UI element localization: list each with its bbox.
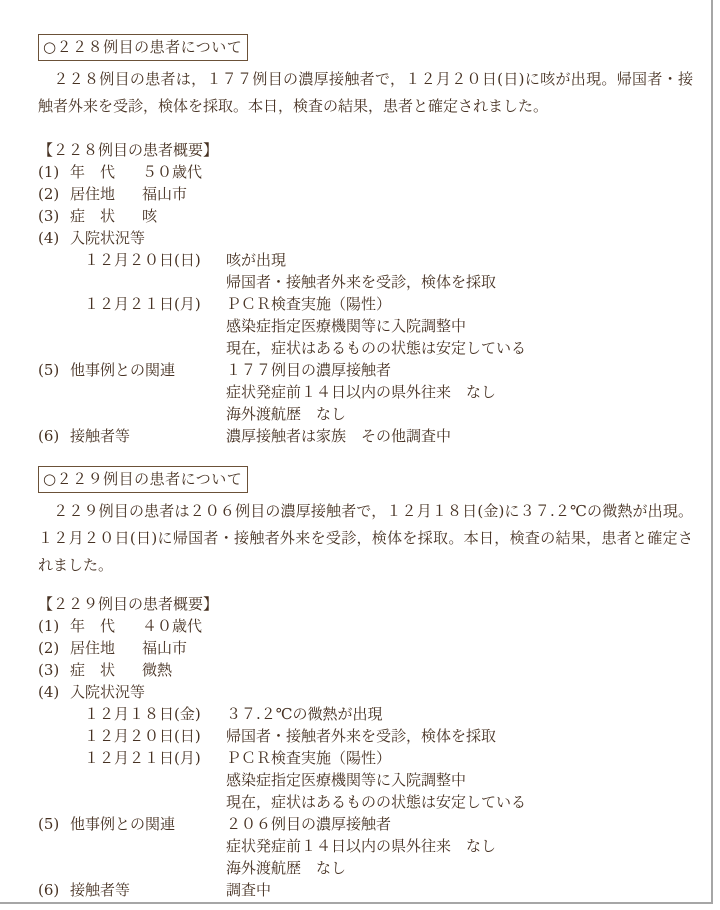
relation-text: ２０６例目の濃厚接触者 [226,813,693,835]
hospitalization-text: 感染症指定医療機関等に入院調整中 [226,315,693,337]
relation-row: 海外渡航歴 なし [38,403,693,425]
page-edge-right [711,0,713,904]
field-number: (1) [38,161,70,183]
page-edge-bottom [0,902,713,904]
hospitalization-row: １２月２１日(月) ＰＣＲ検査実施（陽性） [38,747,693,769]
hospitalization-date [84,337,226,359]
indent-spacer [70,381,226,403]
case-229-summary-title: 【２２９例目の患者概要】 [38,593,693,615]
field-row-symptoms: (3) 症 状 咳 [38,205,693,227]
field-number: (3) [38,205,70,227]
case-229-intro-paragraph: ２２９例目の患者は２０６例目の濃厚接触者で，１２月１８日(金)に３７.２℃の微熱… [38,498,693,579]
field-number: (5) [38,813,70,835]
field-label: 症 状 [70,659,142,681]
indent-spacer [38,249,84,271]
hospitalization-date: １２月２１日(月) [84,293,226,315]
indent-spacer [38,271,84,293]
field-label: 他事例との関連 [70,813,226,835]
field-value: 福山市 [142,183,693,205]
field-number: (6) [38,425,70,447]
field-number: (5) [38,359,70,381]
indent-spacer [38,835,70,857]
relation-row: (5) 他事例との関連 ２０６例目の濃厚接触者 [38,813,693,835]
field-number: (6) [38,879,70,901]
indent-spacer [38,725,84,747]
indent-spacer [70,403,226,425]
relation-row: 海外渡航歴 なし [38,857,693,879]
field-label: 居住地 [70,183,142,205]
field-label: 接触者等 [70,425,226,447]
indent-spacer [70,835,226,857]
field-value: ４０歳代 [142,615,693,637]
indent-spacer [38,337,84,359]
field-label: 他事例との関連 [70,359,226,381]
field-value: 福山市 [142,637,693,659]
case-228-intro-paragraph: ２２８例目の患者は，１７７例目の濃厚接触者で，１２月２０日(日)に咳が出現。帰国… [38,66,693,120]
contacts-row: (6) 接触者等 濃厚接触者は家族 その他調査中 [38,425,693,447]
case-229-section: ○２２９例目の患者について ２２９例目の患者は２０６例目の濃厚接触者で，１２月１… [38,466,693,901]
hospitalization-row: 現在，症状はあるものの状態は安定している [38,337,693,359]
hospitalization-text: 咳が出現 [226,249,693,271]
contacts-text: 濃厚接触者は家族 その他調査中 [226,425,693,447]
indent-spacer [38,381,70,403]
hospitalization-text: 帰国者・接触者外来を受診，検体を採取 [226,271,693,293]
case-228-summary-title: 【２２８例目の患者概要】 [38,139,693,161]
contacts-row: (6) 接触者等 調査中 [38,879,693,901]
hospitalization-date: １２月２１日(月) [84,747,226,769]
field-number: (3) [38,659,70,681]
field-label: 年 代 [70,161,142,183]
hospitalization-date [84,271,226,293]
field-row-hospitalization: (4) 入院状況等 [38,681,693,703]
indent-spacer [38,293,84,315]
hospitalization-row: １２月２１日(月) ＰＣＲ検査実施（陽性） [38,293,693,315]
field-label: 年 代 [70,615,142,637]
field-label: 入院状況等 [70,681,693,703]
case-228-boxed-title: ○２２８例目の患者について [38,34,248,61]
relation-text: １７７例目の濃厚接触者 [226,359,693,381]
document-content: ○２２８例目の患者について ２２８例目の患者は，１７７例目の濃厚接触者で，１２月… [38,34,693,901]
indent-spacer [38,315,84,337]
hospitalization-date [84,791,226,813]
case-229-summary: 【２２９例目の患者概要】 (1) 年 代 ４０歳代 (2) 居住地 福山市 (3… [38,593,693,901]
hospitalization-date: １２月１８日(金) [84,703,226,725]
hospitalization-row: 感染症指定医療機関等に入院調整中 [38,315,693,337]
contacts-text: 調査中 [226,879,693,901]
indent-spacer [70,857,226,879]
relation-text: 海外渡航歴 なし [226,857,693,879]
indent-spacer [38,791,84,813]
field-label: 居住地 [70,637,142,659]
hospitalization-row: 現在，症状はあるものの状態は安定している [38,791,693,813]
indent-spacer [38,703,84,725]
field-number: (2) [38,637,70,659]
hospitalization-text: 感染症指定医療機関等に入院調整中 [226,769,693,791]
field-label: 症 状 [70,205,142,227]
hospitalization-text: ＰＣＲ検査実施（陽性） [226,293,693,315]
field-label: 接触者等 [70,879,226,901]
hospitalization-row: １２月１８日(金) ３７.２℃の微熱が出現 [38,703,693,725]
hospitalization-row: 感染症指定医療機関等に入院調整中 [38,769,693,791]
relation-row: 症状発症前１４日以内の県外往来 なし [38,835,693,857]
field-number: (4) [38,227,70,249]
hospitalization-text: 現在，症状はあるものの状態は安定している [226,791,693,813]
hospitalization-row: 帰国者・接触者外来を受診，検体を採取 [38,271,693,293]
field-row-residence: (2) 居住地 福山市 [38,183,693,205]
hospitalization-date: １２月２０日(日) [84,249,226,271]
field-row-age: (1) 年 代 ４０歳代 [38,615,693,637]
case-228-section: ○２２８例目の患者について ２２８例目の患者は，１７７例目の濃厚接触者で，１２月… [38,34,693,447]
field-row-hospitalization: (4) 入院状況等 [38,227,693,249]
indent-spacer [38,857,70,879]
hospitalization-text: ＰＣＲ検査実施（陽性） [226,747,693,769]
field-row-residence: (2) 居住地 福山市 [38,637,693,659]
field-value: 微熱 [142,659,693,681]
field-value: ５０歳代 [142,161,693,183]
hospitalization-row: １２月２０日(日) 咳が出現 [38,249,693,271]
case-228-summary: 【２２８例目の患者概要】 (1) 年 代 ５０歳代 (2) 居住地 福山市 (3… [38,139,693,447]
field-number: (4) [38,681,70,703]
hospitalization-row: １２月２０日(日) 帰国者・接触者外来を受診，検体を採取 [38,725,693,747]
scanned-document-page: ○２２８例目の患者について ２２８例目の患者は，１７７例目の濃厚接触者で，１２月… [0,0,720,910]
hospitalization-text: ３７.２℃の微熱が出現 [226,703,693,725]
indent-spacer [38,769,84,791]
relation-text: 海外渡航歴 なし [226,403,693,425]
hospitalization-date: １２月２０日(日) [84,725,226,747]
field-number: (1) [38,615,70,637]
field-label: 入院状況等 [70,227,693,249]
relation-row: (5) 他事例との関連 １７７例目の濃厚接触者 [38,359,693,381]
relation-text: 症状発症前１４日以内の県外往来 なし [226,835,693,857]
hospitalization-text: 帰国者・接触者外来を受診，検体を採取 [226,725,693,747]
case-229-boxed-title: ○２２９例目の患者について [38,466,248,493]
field-value: 咳 [142,205,693,227]
hospitalization-date [84,315,226,337]
field-row-symptoms: (3) 症 状 微熱 [38,659,693,681]
field-row-age: (1) 年 代 ５０歳代 [38,161,693,183]
indent-spacer [38,403,70,425]
indent-spacer [38,747,84,769]
field-number: (2) [38,183,70,205]
relation-row: 症状発症前１４日以内の県外往来 なし [38,381,693,403]
relation-text: 症状発症前１４日以内の県外往来 なし [226,381,693,403]
hospitalization-text: 現在，症状はあるものの状態は安定している [226,337,693,359]
hospitalization-date [84,769,226,791]
